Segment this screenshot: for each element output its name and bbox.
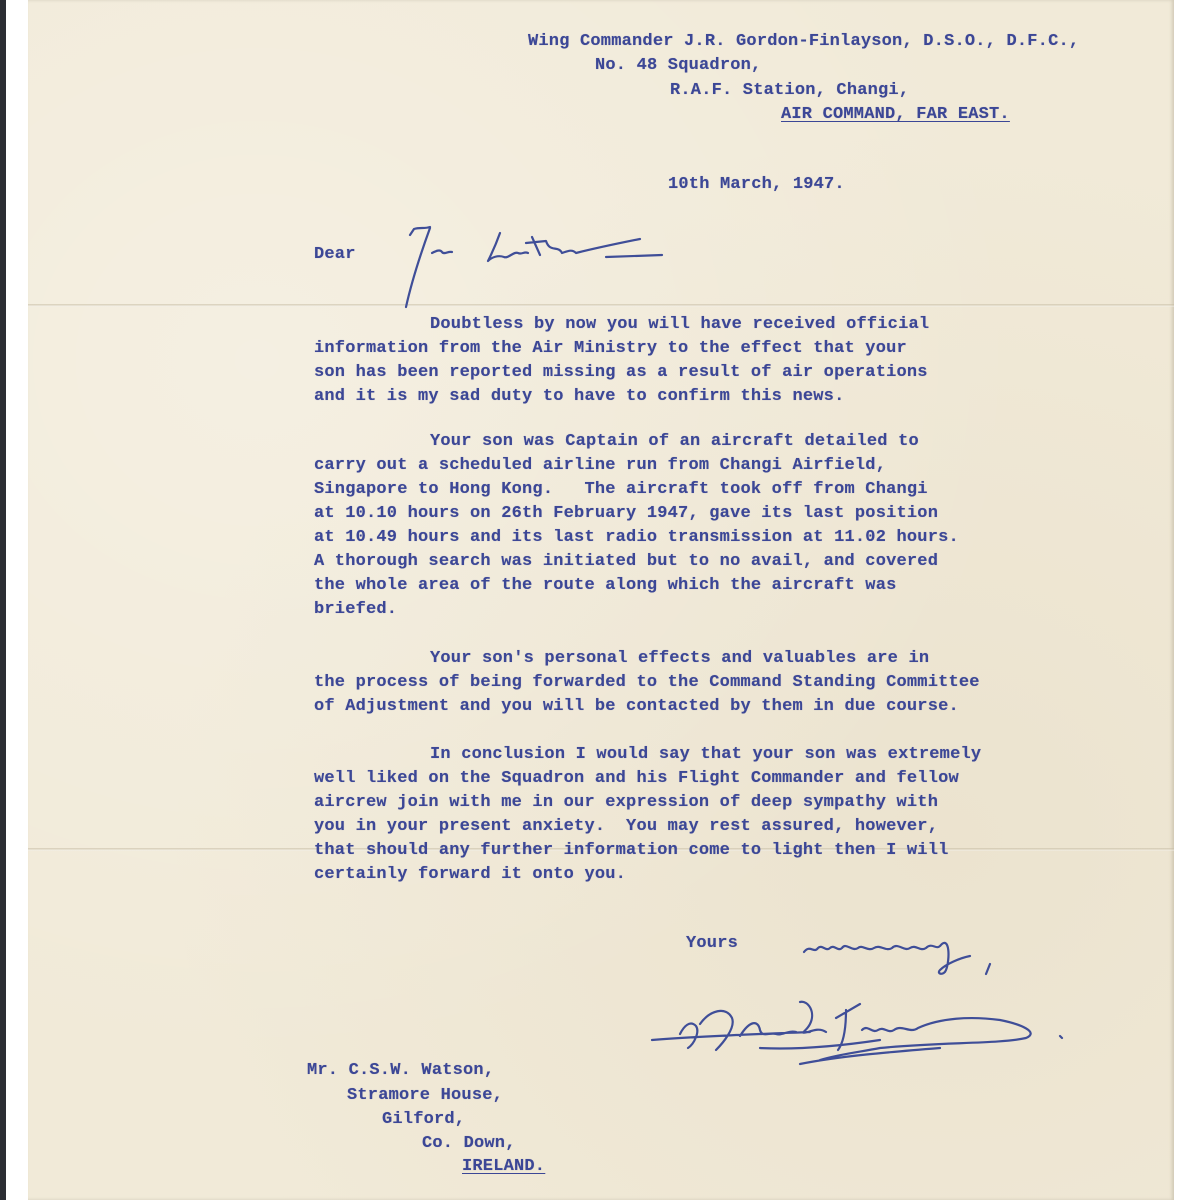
body-line: that should any further information come… <box>314 839 949 863</box>
signature: R. Gordon-Finlayson <box>640 990 1100 1080</box>
letterhead-command: AIR COMMAND, FAR EAST. <box>781 103 1010 127</box>
recipient-house: Stramore House, <box>347 1084 503 1108</box>
body-line: at 10.49 hours and its last radio transm… <box>314 526 959 550</box>
body-line: briefed. <box>314 598 397 622</box>
body-line: the process of being forwarded to the Co… <box>314 671 980 695</box>
body-line: the whole area of the route along which … <box>314 574 897 598</box>
recipient-county: Co. Down, <box>422 1132 516 1156</box>
body-line: information from the Air Ministry to the… <box>314 337 907 361</box>
body-line: certainly forward it onto you. <box>314 863 626 887</box>
letter-date: 10th March, 1947. <box>668 173 845 197</box>
recipient-name: Mr. C.S.W. Watson, <box>307 1059 494 1083</box>
body-line: you in your present anxiety. You may res… <box>314 815 938 839</box>
body-line: aircrew join with me in our expression o… <box>314 791 938 815</box>
recipient-town: Gilford, <box>382 1108 465 1132</box>
recipient-country: IRELAND. <box>462 1155 545 1179</box>
body-line: Your son was Captain of an aircraft deta… <box>430 430 919 454</box>
body-line: well liked on the Squadron and his Fligh… <box>314 767 959 791</box>
body-line: carry out a scheduled airline run from C… <box>314 454 886 478</box>
letterhead-sender: Wing Commander J.R. Gordon-Finlayson, D.… <box>528 30 1079 54</box>
body-line: A thorough search was initiated but to n… <box>314 550 938 574</box>
body-line: In conclusion I would say that your son … <box>430 743 981 767</box>
body-line: son has been reported missing as a resul… <box>314 361 928 385</box>
letterhead-station: R.A.F. Station, Changi, <box>670 79 909 103</box>
closing-typed: Yours <box>686 932 738 956</box>
handwritten-salutation: Mr Watson — <box>400 225 720 315</box>
body-line: Your son's personal effects and valuable… <box>430 647 929 671</box>
letterhead-squadron: No. 48 Squadron, <box>595 54 761 78</box>
handwritten-sincerely: sincerely, <box>800 930 1020 990</box>
body-line: and it is my sad duty to have to confirm… <box>314 385 845 409</box>
scan-edge <box>0 0 6 1200</box>
body-line: Doubtless by now you will have received … <box>430 313 929 337</box>
body-line: of Adjustment and you will be contacted … <box>314 695 959 719</box>
body-line: at 10.10 hours on 26th February 1947, ga… <box>314 502 938 526</box>
body-line: Singapore to Hong Kong. The aircraft too… <box>314 478 928 502</box>
salutation-typed: Dear <box>314 243 356 267</box>
